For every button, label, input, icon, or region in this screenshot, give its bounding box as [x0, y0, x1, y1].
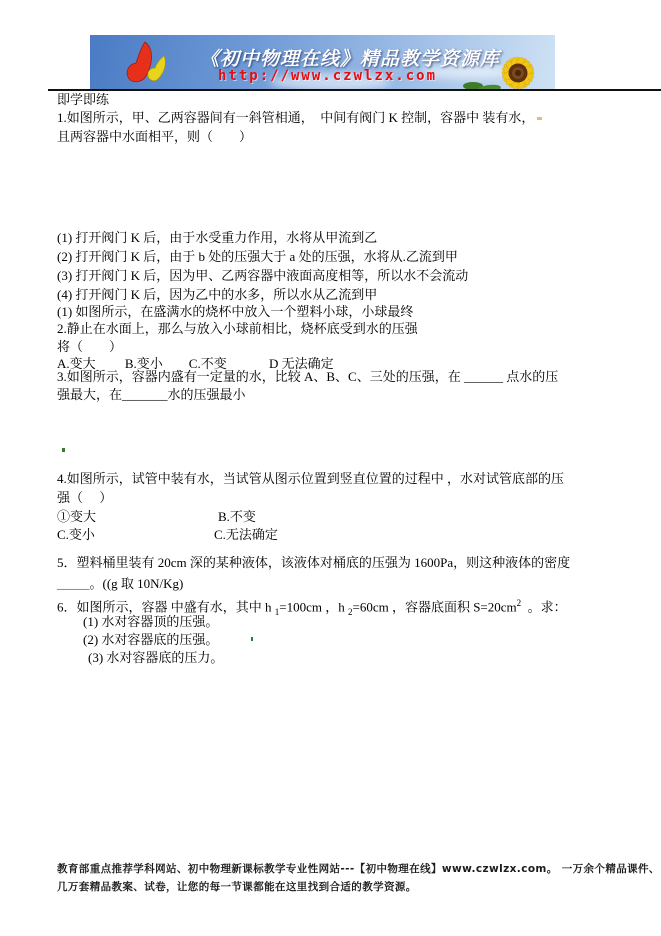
q5-answer-blank: _____ — [57, 576, 90, 591]
q6-text-part: 6．如图所示，容器 中盛有水，其中 h — [57, 599, 275, 614]
q2-line1: (1) 如图所示，在盛满水的烧杯中放入一个塑料小球，小球最终 — [57, 304, 413, 319]
q4-option-a: ①变大 — [57, 509, 96, 524]
q1-statement-3: (3) 打开阀门 K 后，因为甲、乙两容器中液面高度相等，所以水不会流动 — [57, 268, 468, 283]
q5-line2-rest: 。((g 取 10N/Kg) — [90, 576, 184, 591]
stray-mark-green — [62, 448, 65, 452]
q6-item-1: (1) 水对容器顶的压强。 — [83, 614, 218, 629]
site-logo-icon — [115, 40, 177, 88]
q6-item-2: (2) 水对容器底的压强。 — [83, 632, 218, 647]
q6-item-3: (3) 水对容器底的压力。 — [88, 650, 223, 665]
stray-mark-green — [251, 637, 253, 641]
sunflower-icon — [455, 39, 555, 89]
q1-line1: 1.如图所示，甲、乙两容器间有一斜管相通， 中间有阀门 K 控制，容器中 装有水… — [57, 110, 534, 125]
q6-text-part: =60cm ，容器底面积 S=20cm — [352, 599, 516, 614]
q4-option-d: C.无法确定 — [214, 527, 278, 542]
q4-option-c: C.变小 — [57, 527, 95, 542]
banner-url-link[interactable]: http://www.czwlzx.com — [218, 68, 437, 84]
q4-line2: 强（ ） — [57, 490, 112, 505]
q5-line1: 5．塑料桶里装有 20cm 深的某种液体，该液体对桶底的压强为 1600Pa，则… — [57, 555, 570, 570]
stray-mark-yellow — [537, 117, 542, 120]
q5-line2: _____。((g 取 10N/Kg) — [57, 576, 183, 591]
section-divider — [48, 89, 661, 91]
q2-line2: 2.静止在水面上，那么与放入小球前相比，烧杯底受到水的压强 — [57, 321, 418, 336]
q1-statement-4: (4) 打开阀门 K 后，因为乙中的水多，所以水从乙流到甲 — [57, 287, 377, 302]
worksheet-page: { "banner": { "title": "《初中物理在线》精品教学资源库"… — [0, 0, 661, 936]
section-heading: 即学即练 — [57, 92, 109, 107]
q4-line1: 4.如图所示，试管中装有水，当试管从图示位置到竖直位置的过程中 ，水对试管底部的… — [57, 471, 564, 486]
q4-option-b: B.不变 — [218, 509, 256, 524]
q6-text-part: 。求： — [521, 599, 567, 614]
q1-statement-1: (1) 打开阀门 K 后，由于水受重力作用，水将从甲流到乙 — [57, 230, 377, 245]
q3-line2: 强最大，在_______水的压强最小 — [57, 387, 246, 402]
q1-statement-2: (2) 打开阀门 K 后，由于 b 处的压强大于 a 处的压强，水将从.乙流到甲 — [57, 249, 458, 264]
q3-line1: 3.如图所示，容器内盛有一定量的水，比较 A、B、C、三处的压强，在 _____… — [57, 369, 558, 384]
q2-line3: 将（ ） — [57, 339, 122, 354]
q1-line2: 且两容器中水面相平，则（ ） — [57, 129, 252, 144]
footer-line-1: 教育部重点推荐学科网站、初中物理新课标教学专业性网站---【初中物理在线】www… — [57, 861, 632, 876]
q6-text-part: =100cm ，h — [279, 599, 348, 614]
footer-line-2: 几万套精品教案、试卷，让您的每一节课都能在这里找到合适的教学资源。 — [57, 879, 632, 894]
header-banner: 《初中物理在线》精品教学资源库 http://www.czwlzx.com — [90, 35, 555, 89]
